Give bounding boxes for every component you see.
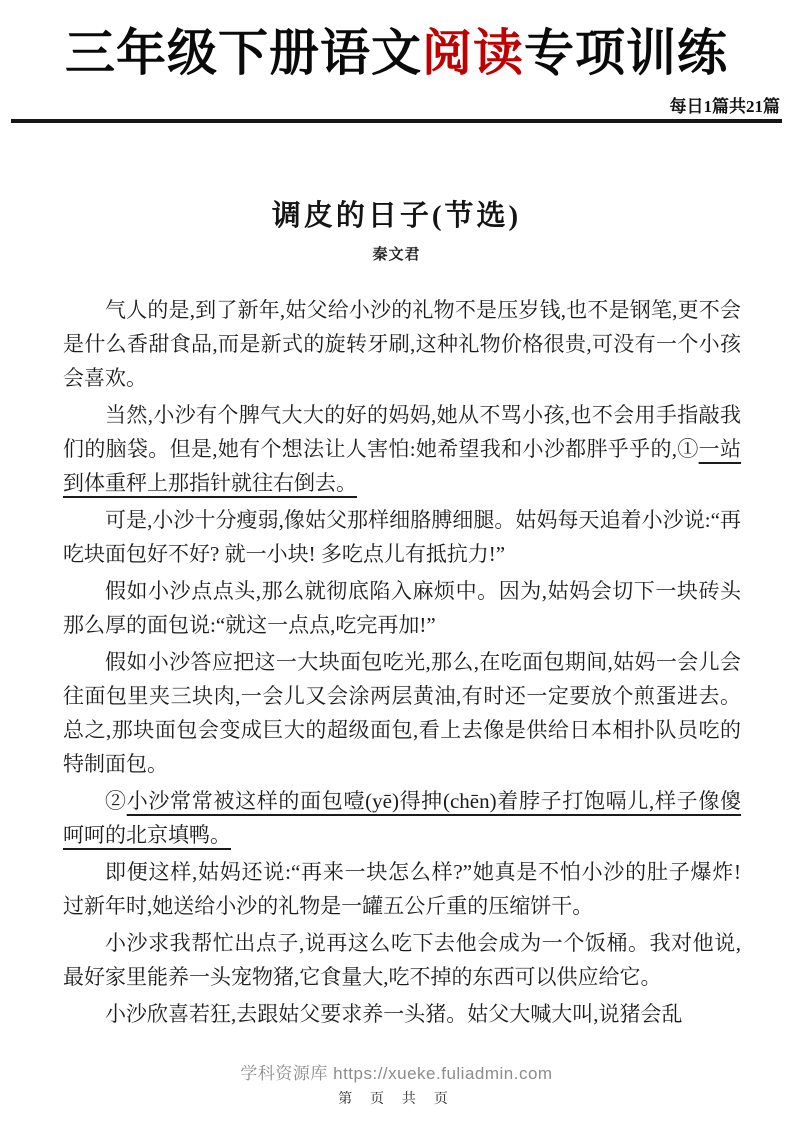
- paragraph: ②小沙常常被这样的面包噎(yē)得抻(chēn)着脖子打饱嗝儿,样子像傻呵呵的北…: [63, 784, 741, 852]
- page-header: 三年级下册语文阅读专项训练 每日1篇共21篇: [0, 0, 793, 123]
- header-title-highlight: 阅读: [422, 25, 524, 81]
- paragraph: 小沙求我帮忙出点子,说再这么吃下去他会成为一个饭桶。我对他说,最好家里能养一头宠…: [63, 926, 741, 994]
- article: 调皮的日子(节选) 秦文君 气人的是,到了新年,姑父给小沙的礼物不是压岁钱,也不…: [0, 193, 793, 1031]
- paragraph: 假如小沙答应把这一大块面包吃光,那么,在吃面包期间,姑妈一会儿会往面包里夹三块肉…: [63, 645, 741, 781]
- body-text: 当然,小沙有个脾气大大的好的妈妈,她从不骂小孩,也不会用手指敲我们的脑袋。但是,…: [63, 403, 741, 461]
- underlined-text: 小沙常常被这样的面包噎(yē)得抻(chēn)着脖子打饱嗝儿,样子像傻呵呵的北京…: [63, 789, 741, 847]
- body-text: 气人的是,到了新年,姑父给小沙的礼物不是压岁钱,也不是钢笔,更不会是什么香甜食品…: [63, 298, 741, 390]
- paragraph: 即便这样,姑妈还说:“再来一块怎么样?”她真是不怕小沙的肚子爆炸! 过新年时,她…: [63, 855, 741, 923]
- article-author: 秦文君: [0, 243, 793, 264]
- paragraph: 小沙欣喜若狂,去跟姑父要求养一头猪。姑父大喊大叫,说猪会乱: [63, 997, 741, 1031]
- header-title-prefix: 三年级下册语文: [65, 25, 422, 81]
- body-text: 可是,小沙十分瘦弱,像姑父那样细胳膊细腿。姑妈每天追着小沙说:“再吃块面包好不好…: [63, 508, 741, 566]
- body-text: 假如小沙点点头,那么就彻底陷入麻烦中。因为,姑妈会切下一块砖头那么厚的面包说:“…: [63, 579, 741, 637]
- header-divider: [11, 119, 782, 123]
- body-text: 小沙欣喜若狂,去跟姑父要求养一头猪。姑父大喊大叫,说猪会乱: [105, 1002, 683, 1026]
- paragraph: 当然,小沙有个脾气大大的好的妈妈,她从不骂小孩,也不会用手指敲我们的脑袋。但是,…: [63, 398, 741, 500]
- paragraph: 假如小沙点点头,那么就彻底陷入麻烦中。因为,姑妈会切下一块砖头那么厚的面包说:“…: [63, 574, 741, 642]
- paragraph: 气人的是,到了新年,姑父给小沙的礼物不是压岁钱,也不是钢笔,更不会是什么香甜食品…: [63, 293, 741, 395]
- page-footer: 学科资源库 https://xueke.fuliadmin.com 第 页 共 …: [0, 1059, 793, 1108]
- body-text: 假如小沙答应把这一大块面包吃光,那么,在吃面包期间,姑妈一会儿会往面包里夹三块肉…: [63, 650, 741, 776]
- footer-source-url: 学科资源库 https://xueke.fuliadmin.com: [0, 1059, 793, 1084]
- article-body: 气人的是,到了新年,姑父给小沙的礼物不是压岁钱,也不是钢笔,更不会是什么香甜食品…: [63, 293, 741, 1031]
- body-text: ②: [105, 789, 127, 813]
- body-text: 小沙求我帮忙出点子,说再这么吃下去他会成为一个饭桶。我对他说,最好家里能养一头宠…: [63, 931, 741, 989]
- article-title: 调皮的日子(节选): [0, 193, 793, 234]
- header-title: 三年级下册语文阅读专项训练: [0, 24, 793, 82]
- body-text: 即便这样,姑妈还说:“再来一块怎么样?”她真是不怕小沙的肚子爆炸! 过新年时,她…: [63, 860, 741, 918]
- header-title-suffix: 专项训练: [524, 25, 728, 81]
- paragraph: 可是,小沙十分瘦弱,像姑父那样细胳膊细腿。姑妈每天追着小沙说:“再吃块面包好不好…: [63, 503, 741, 571]
- issue-note: 每日1篇共21篇: [0, 98, 780, 116]
- footer-page-label: 第 页 共 页: [0, 1088, 793, 1108]
